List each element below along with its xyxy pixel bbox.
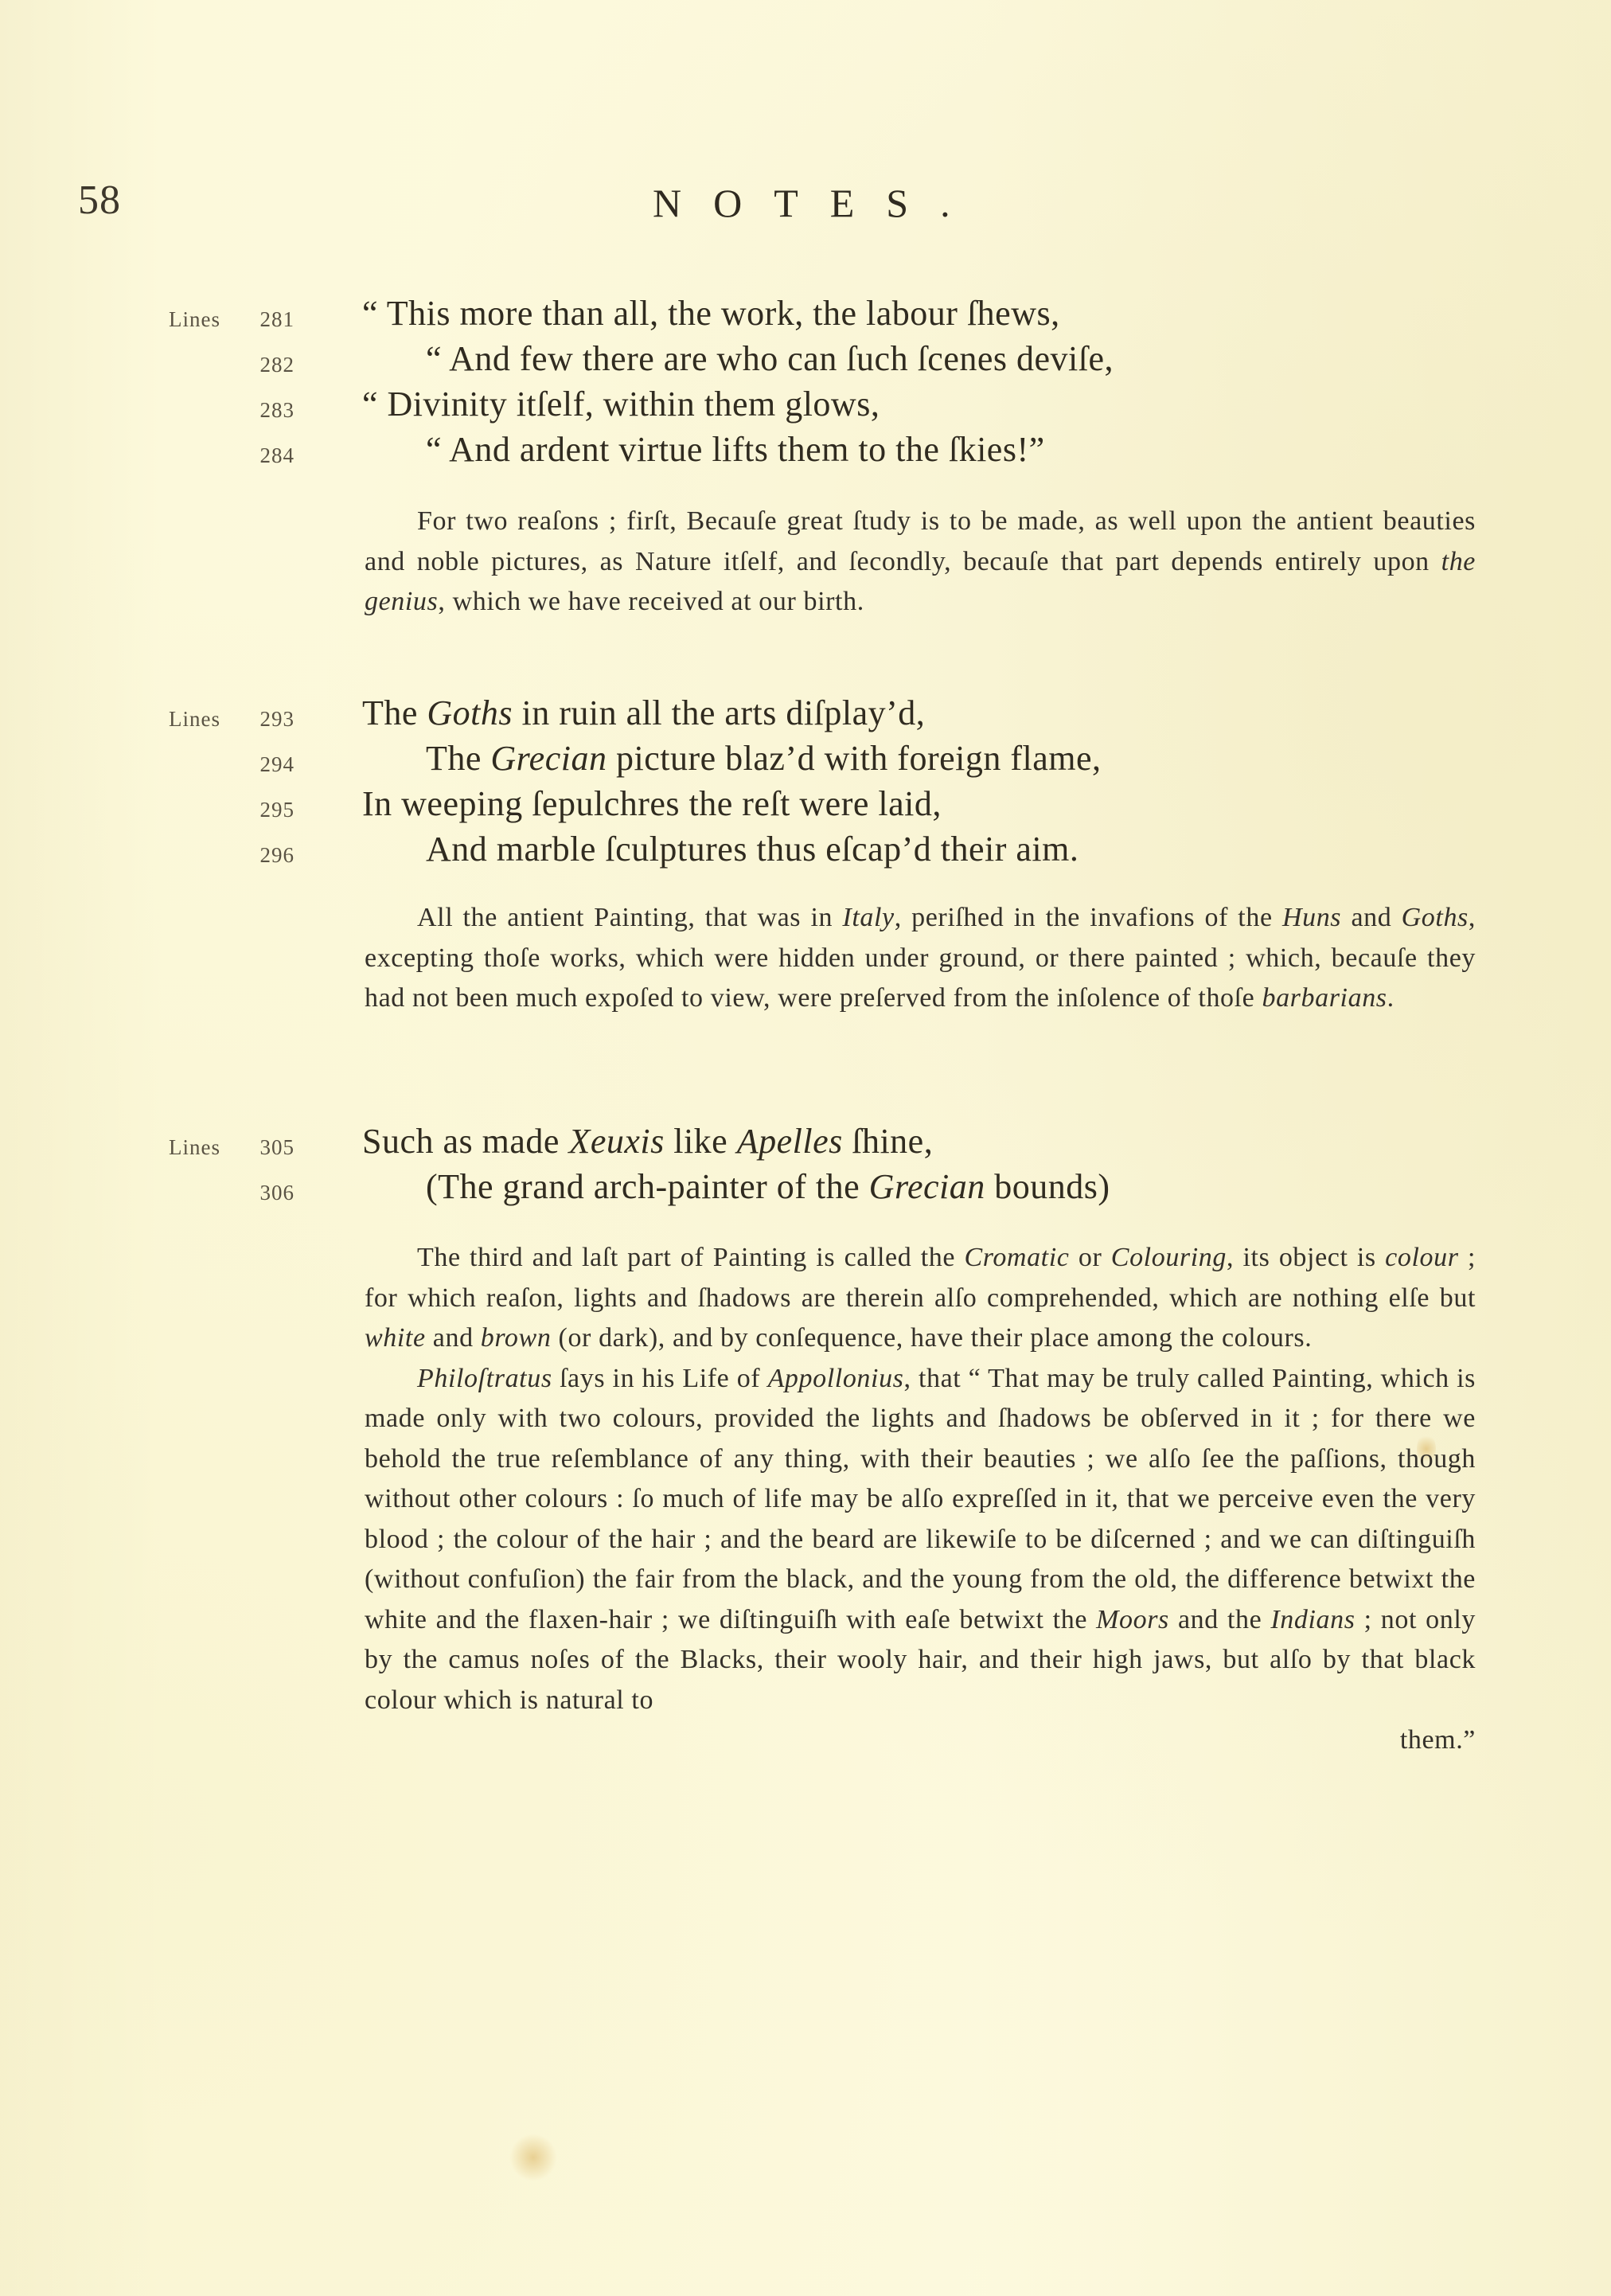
note-paragraph-1: For two reaſons ; firſt, Becauſe great ſ… xyxy=(365,502,1476,623)
line-number: 295 xyxy=(247,798,295,822)
line-number: 296 xyxy=(247,843,295,868)
verse-block-281: Lines281 “ This more than all, the work,… xyxy=(0,293,1611,474)
verse-line: 284 “ And ardent virtue lifts them to th… xyxy=(0,429,1611,474)
note-text: All the antient Painting, that was in It… xyxy=(365,898,1476,1019)
line-number: 306 xyxy=(247,1181,295,1205)
verse-line: Lines281 “ This more than all, the work,… xyxy=(0,293,1611,338)
running-head: NOTES. xyxy=(653,180,982,226)
lines-label: Lines xyxy=(169,307,247,332)
line-number: 281 xyxy=(247,307,295,332)
verse-text: “ And few there are who can ſuch ſcenes … xyxy=(426,338,1114,379)
verse-text: (The grand arch-painter of the Grecian b… xyxy=(426,1166,1110,1207)
verse-block-305: Lines305 Such as made Xeuxis like Apelle… xyxy=(0,1121,1611,1212)
lines-label: Lines xyxy=(169,707,247,732)
verse-text: And marble ſculptures thus eſcap’d their… xyxy=(426,829,1079,869)
note-text: For two reaſons ; firſt, Becauſe great ſ… xyxy=(365,502,1476,623)
verse-line: 296 And marble ſculptures thus eſcap’d t… xyxy=(0,829,1611,874)
verse-text: Such as made Xeuxis like Apelles ſhine, xyxy=(362,1121,933,1162)
lines-label: Lines xyxy=(169,1135,247,1160)
line-number: 282 xyxy=(247,353,295,377)
verse-line: Lines293 The Goths in ruin all the arts … xyxy=(0,693,1611,738)
line-number: 284 xyxy=(247,443,295,468)
verse-line: Lines305 Such as made Xeuxis like Apelle… xyxy=(0,1121,1611,1166)
verse-line: 282 “ And few there are who can ſuch ſce… xyxy=(0,338,1611,384)
line-number: 293 xyxy=(247,707,295,732)
verse-line: 295 In weeping ſepulchres the reſt were … xyxy=(0,783,1611,829)
line-number: 294 xyxy=(247,752,295,777)
note-paragraph-2: All the antient Painting, that was in It… xyxy=(365,898,1476,1019)
note-text: The third and laſt part of Painting is c… xyxy=(365,1238,1476,1359)
verse-text: “ This more than all, the work, the labo… xyxy=(362,293,1060,334)
line-number: 283 xyxy=(247,398,295,423)
verse-line: 294 The Grecian picture blaz’d with fore… xyxy=(0,738,1611,783)
paper-stain xyxy=(509,2134,557,2181)
note-text-end: them.” xyxy=(365,1720,1476,1761)
verse-text: “ And ardent virtue lifts them to the ſk… xyxy=(426,429,1045,470)
verse-text: “ Divinity itſelf, within them glows, xyxy=(362,384,880,424)
page-number: 58 xyxy=(78,177,121,224)
note-paragraph-3: The third and laſt part of Painting is c… xyxy=(365,1238,1476,1761)
verse-text: In weeping ſepulchres the reſt were laid… xyxy=(362,783,942,824)
verse-text: The Grecian picture blaz’d with foreign … xyxy=(426,738,1102,779)
verse-text: The Goths in ruin all the arts diſplay’d… xyxy=(362,693,925,733)
verse-line: 283 “ Divinity itſelf, within them glows… xyxy=(0,384,1611,429)
book-page: 58 NOTES. Lines281 “ This more than all,… xyxy=(0,0,1611,2296)
note-text-quotation: Philoſtratus ſays in his Life of Appollo… xyxy=(365,1359,1476,1721)
verse-line: 306 (The grand arch-painter of the Greci… xyxy=(0,1166,1611,1212)
line-number: 305 xyxy=(247,1135,295,1160)
verse-block-293: Lines293 The Goths in ruin all the arts … xyxy=(0,693,1611,874)
